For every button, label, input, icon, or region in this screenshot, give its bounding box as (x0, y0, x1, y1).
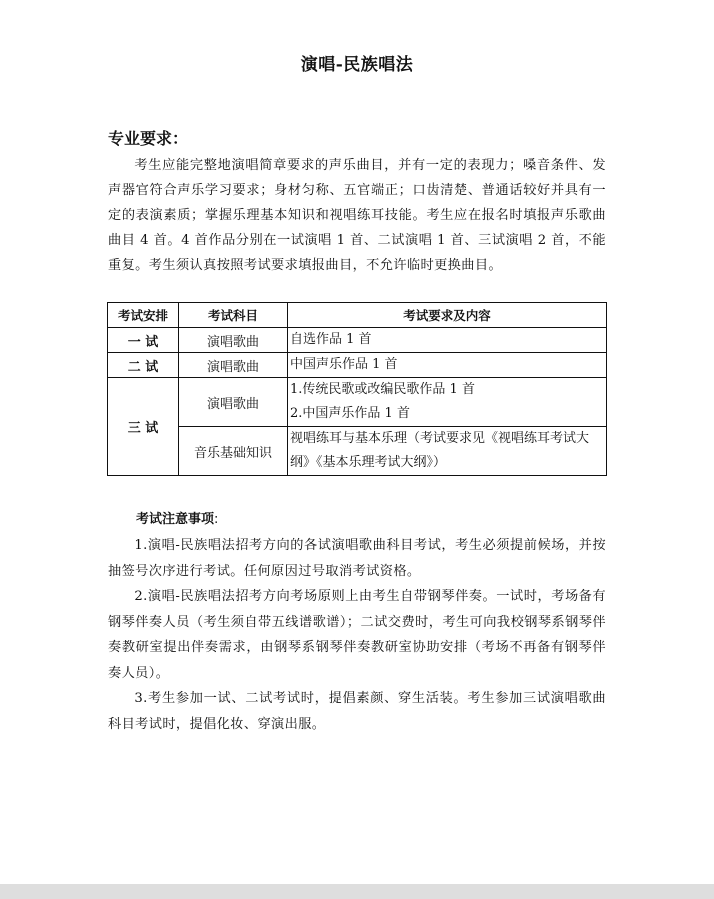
subject-cell: 音乐基础知识 (179, 427, 288, 476)
notes-list: 1.演唱-民族唱法招考方向的各试演唱歌曲科目考试，考生必须提前候场，并按抽签号次… (108, 533, 606, 737)
header-subject: 考试科目 (179, 303, 288, 328)
table-row: 音乐基础知识 视唱练耳与基本乐理（考试要求见《视唱练耳考试大纲》《基本乐理考试大… (108, 427, 607, 476)
content-cell: 视唱练耳与基本乐理（考试要求见《视唱练耳考试大纲》《基本乐理考试大纲》） (288, 427, 607, 476)
header-round: 考试安排 (108, 303, 179, 328)
exam-schedule-table: 考试安排 考试科目 考试要求及内容 一 试 演唱歌曲 自选作品 1 首 二 试 … (107, 302, 607, 476)
notes-heading: 考试注意事项: (136, 508, 218, 527)
content-cell: 1.传统民歌或改编民歌作品 1 首 2.中国声乐作品 1 首 (288, 378, 607, 427)
content-line: 2.中国声乐作品 1 首 (290, 402, 604, 426)
subject-cell: 演唱歌曲 (179, 378, 288, 427)
content-line: 1.传统民歌或改编民歌作品 1 首 (290, 378, 604, 402)
table-row: 一 试 演唱歌曲 自选作品 1 首 (108, 328, 607, 353)
document-title: 演唱-民族唱法 (0, 50, 714, 75)
note-item: 1.演唱-民族唱法招考方向的各试演唱歌曲科目考试，考生必须提前候场，并按抽签号次… (108, 533, 606, 584)
note-item: 3.考生参加一试、二试考试时，提倡素颜、穿生活装。考生参加三试演唱歌曲科目考试时… (108, 686, 606, 737)
table-header-row: 考试安排 考试科目 考试要求及内容 (108, 303, 607, 328)
requirements-heading: 专业要求： (108, 126, 188, 149)
notes-heading-text: 考试注意事项 (136, 512, 214, 527)
table-row: 二 试 演唱歌曲 中国声乐作品 1 首 (108, 353, 607, 378)
subject-cell: 演唱歌曲 (179, 353, 288, 378)
notes-heading-colon: : (214, 512, 218, 527)
document-page: 演唱-民族唱法 专业要求： 考生应能完整地演唱简章要求的声乐曲目，并有一定的表现… (0, 0, 714, 884)
header-content: 考试要求及内容 (288, 303, 607, 328)
content-cell: 自选作品 1 首 (288, 328, 607, 353)
table-row: 三 试 演唱歌曲 1.传统民歌或改编民歌作品 1 首 2.中国声乐作品 1 首 (108, 378, 607, 427)
round-cell: 二 试 (108, 353, 179, 378)
viewer-bottom-bar (0, 884, 714, 899)
note-item: 2.演唱-民族唱法招考方向考场原则上由考生自带钢琴伴奏。一试时，考场备有钢琴伴奏… (108, 584, 606, 686)
subject-cell: 演唱歌曲 (179, 328, 288, 353)
round-cell: 一 试 (108, 328, 179, 353)
content-cell: 中国声乐作品 1 首 (288, 353, 607, 378)
requirements-paragraph: 考生应能完整地演唱简章要求的声乐曲目，并有一定的表现力；嗓音条件、发声器官符合声… (108, 153, 606, 278)
round-cell: 三 试 (108, 378, 179, 476)
